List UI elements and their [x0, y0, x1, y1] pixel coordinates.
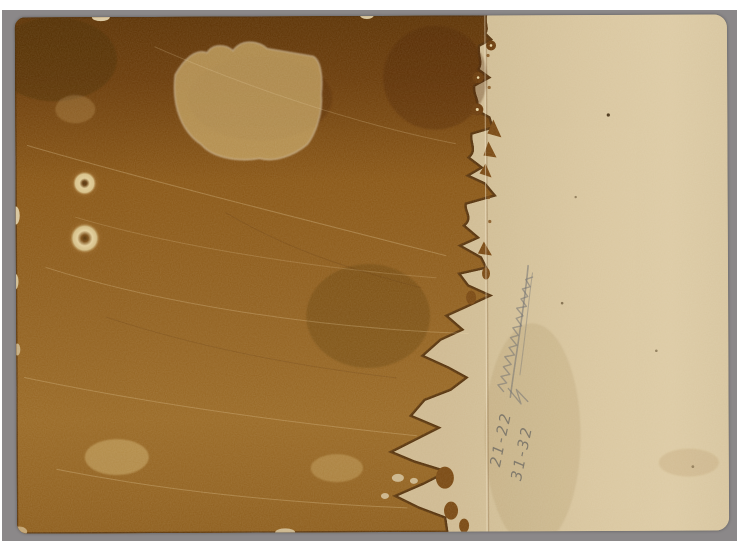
page-background: 21-22 31-32: [0, 0, 740, 557]
photo-backdrop: 21-22 31-32: [2, 10, 737, 541]
paper-grain: [15, 14, 729, 533]
postcard-artwork: 21-22 31-32: [15, 14, 729, 533]
postcard: 21-22 31-32: [15, 14, 729, 533]
